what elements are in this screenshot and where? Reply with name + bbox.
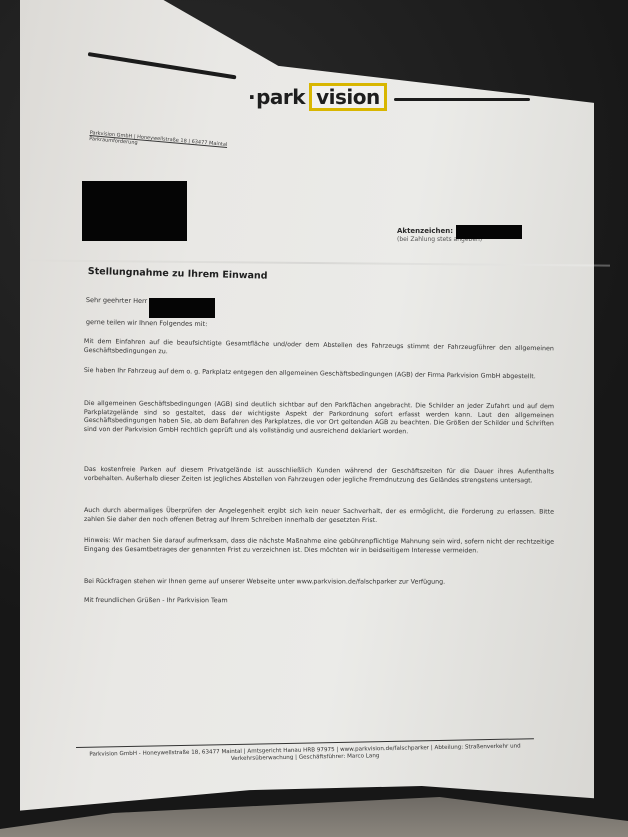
logo-vision-text: vision — [309, 83, 387, 111]
redacted-recipient-name — [149, 298, 215, 318]
letter-content: · park vision Parkvision GmbH | Honeywel… — [0, 0, 628, 837]
paragraph-contact: Bei Rückfragen stehen wir Ihnen gerne au… — [84, 578, 554, 587]
greeting: Sehr geehrter Herr — [86, 296, 147, 305]
logo-dot: · — [248, 85, 255, 109]
redacted-recipient-address — [82, 181, 187, 241]
paragraph-free-parking: Das kostenfreie Parken auf diesem Privat… — [84, 466, 554, 486]
paragraph-signage: Die allgemeinen Geschäftsbedingungen (AG… — [84, 400, 554, 438]
redacted-reference-number — [456, 225, 522, 239]
paragraph-terms-consent: Mit dem Einfahren auf die beaufsichtigte… — [84, 338, 554, 363]
paragraph-review-result: Auch durch abermaliges Überprüfen der An… — [84, 507, 554, 526]
logo-park-text: park — [256, 85, 305, 109]
sender-line: Parkvision GmbH | Honeywellstraße 18 | 6… — [89, 130, 228, 154]
letter-title: Stellungnahme zu Ihrem Einwand — [88, 266, 268, 282]
paragraph-notice: Hinweis: Wir machen Sie darauf aufmerksa… — [84, 537, 554, 556]
parkvision-logo: · park vision — [248, 83, 387, 111]
header-rule-right — [394, 98, 530, 101]
header-rule-left — [88, 52, 237, 79]
closing-signature: Mit freundlichen Grüßen - Ihr Parkvision… — [84, 597, 554, 606]
intro-line: gerne teilen wir Ihnen Folgendes mit: — [86, 318, 208, 328]
paragraph-violation: Sie haben Ihr Fahrzeug auf dem o. g. Par… — [84, 367, 554, 382]
